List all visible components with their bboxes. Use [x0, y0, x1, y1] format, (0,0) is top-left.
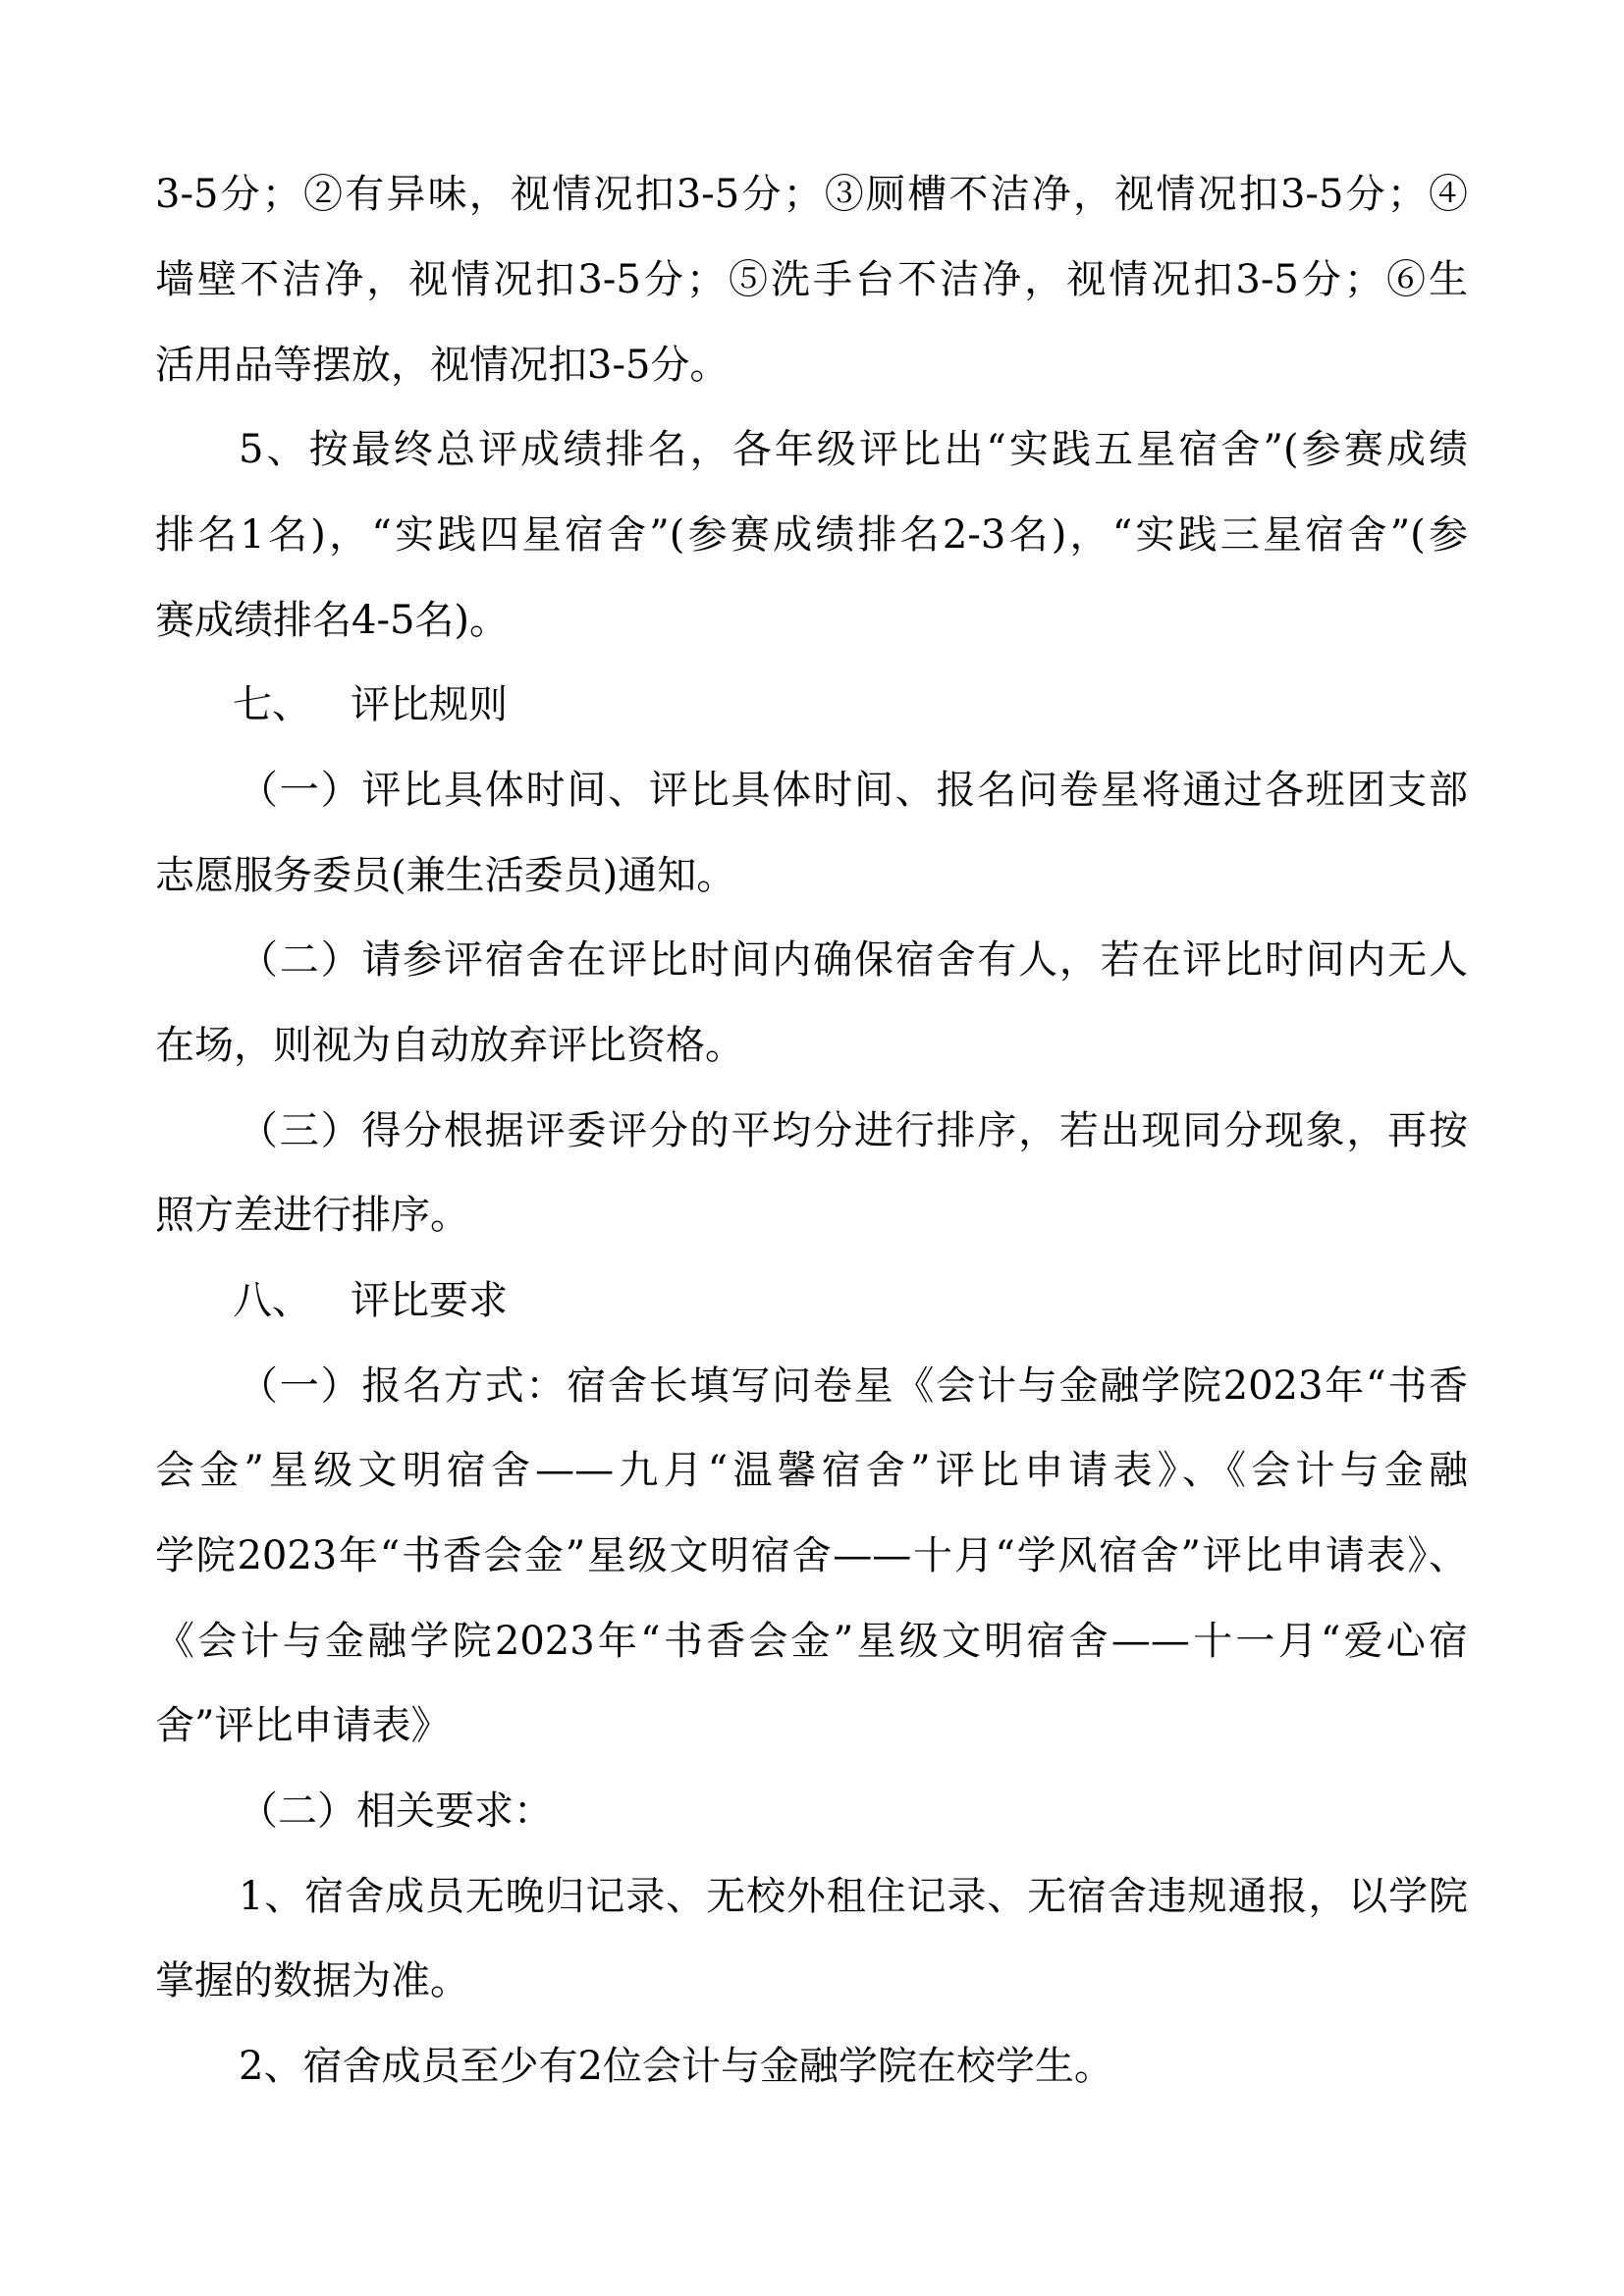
heading-title: 评比规则: [351, 682, 508, 727]
body-line: 在场，则视为自动放弃评比资格。: [155, 1021, 1468, 1070]
requirement-item-1: （一）报名方式：宿舍长填写问卷星《会计与金融学院2023年“书香: [239, 1362, 1468, 1411]
heading-number: 七、: [233, 682, 311, 727]
body-line: 3-5分；②有异味，视情况扣3-5分；③厕槽不洁净，视情况扣3-5分；④: [155, 170, 1468, 219]
requirement-subitem-1: 1、宿舍成员无晚归记录、无校外租住记录、无宿舍违规通报，以学院: [239, 1872, 1468, 1921]
rule-item-1: （一）评比具体时间、评比具体时间、报名问卷星将通过各班团支部: [239, 766, 1468, 815]
body-line: 照方差进行排序。: [155, 1191, 1468, 1240]
body-line: 墙壁不洁净，视情况扣3-5分；⑤洗手台不洁净，视情况扣3-5分；⑥生: [155, 255, 1468, 304]
body-line: 掌握的数据为准。: [155, 1956, 1468, 2005]
paragraph-item-5: 5、按最终总评成绩排名，各年级评比出“实践五星宿舍”(参赛成绩: [239, 425, 1468, 474]
requirement-subitem-2: 2、宿舍成员至少有2位会计与金融学院在校学生。: [239, 2042, 1468, 2091]
body-line: 活用品等摆放，视情况扣3-5分。: [155, 341, 1468, 390]
heading-title: 评比要求: [351, 1278, 508, 1323]
body-line: 《会计与金融学院2023年“书香会金”星级文明宿舍——十一月“爱心宿: [155, 1617, 1468, 1666]
document-page: 3-5分；②有异味，视情况扣3-5分；③厕槽不洁净，视情况扣3-5分；④ 墙壁不…: [0, 0, 1624, 2296]
body-line: 排名1名)，“实践四星宿舍”(参赛成绩排名2-3名)，“实践三星宿舍”(参: [155, 510, 1468, 560]
heading-number: 八、: [233, 1278, 311, 1323]
section-heading-8: 八、评比要求: [233, 1276, 508, 1325]
body-line: 舍”评比申请表》: [155, 1701, 1468, 1750]
body-line: 学院2023年“书香会金”星级文明宿舍——十月“学风宿舍”评比申请表》、: [155, 1531, 1468, 1580]
body-line: 赛成绩排名4-5名)。: [155, 596, 1468, 645]
body-line: 会金”星级文明宿舍——九月“温馨宿舍”评比申请表》、《会计与金融: [155, 1446, 1468, 1495]
rule-item-2: （二）请参评宿舍在评比时间内确保宿舍有人，若在评比时间内无人: [239, 935, 1468, 985]
requirement-item-2: （二）相关要求：: [239, 1787, 1468, 1836]
rule-item-3: （三）得分根据评委评分的平均分进行排序，若出现同分现象，再按: [239, 1106, 1468, 1155]
body-line: 志愿服务委员(兼生活委员)通知。: [155, 851, 1468, 900]
section-heading-7: 七、评比规则: [233, 680, 508, 729]
